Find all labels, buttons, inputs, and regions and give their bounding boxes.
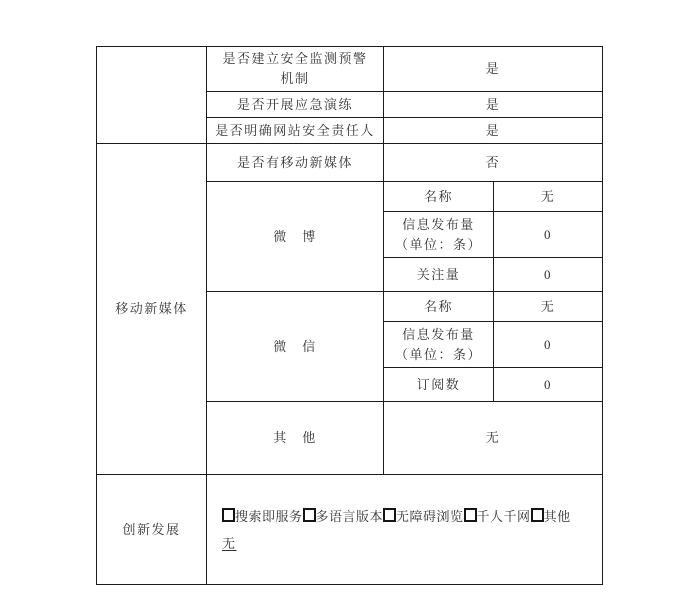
section-cell-mobile-media: 移动新媒体 (97, 144, 207, 475)
emergency-drill-value: 是 (384, 92, 603, 118)
table-row: 创新发展 搜索即服务多语言版本无障碍浏览千人千网其他 无 (97, 475, 603, 585)
other-media-value: 无 (384, 402, 603, 475)
other-media-label: 其 他 (207, 402, 384, 475)
section-cell-innovation: 创新发展 (97, 475, 207, 585)
option-qianren-qianwang: 千人千网 (477, 509, 531, 524)
has-mobile-media-label: 是否有移动新媒体 (207, 144, 384, 182)
emergency-drill-label: 是否开展应急演练 (207, 92, 384, 118)
table-row: 移动新媒体 是否有移动新媒体 否 (97, 144, 603, 182)
wechat-posts-label: 信息发布量 （单位：条） (384, 322, 494, 368)
has-mobile-media-value: 否 (384, 144, 603, 182)
weibo-posts-value: 0 (494, 212, 603, 258)
weibo-label: 微 博 (207, 182, 384, 292)
innovation-options-line: 搜索即服务多语言版本无障碍浏览千人千网其他 (222, 503, 596, 530)
checkbox-unchecked-icon (222, 508, 235, 522)
table-row: 是否建立安全监测预警 机制 是 (97, 47, 603, 92)
security-monitor-label: 是否建立安全监测预警 机制 (207, 47, 384, 92)
annual-report-table: 是否建立安全监测预警 机制 是 是否开展应急演练 是 是否明确网站安全责任人 是… (96, 46, 603, 585)
wechat-subscribers-value: 0 (494, 368, 603, 402)
checkbox-unchecked-icon (531, 508, 544, 522)
innovation-other-line: 无 (222, 530, 596, 557)
weibo-name-value: 无 (494, 182, 603, 212)
section-cell-empty (97, 47, 207, 144)
document-page: 是否建立安全监测预警 机制 是 是否开展应急演练 是 是否明确网站安全责任人 是… (0, 0, 679, 603)
option-other: 其他 (544, 509, 571, 524)
checkbox-unchecked-icon (303, 508, 316, 522)
security-monitor-value: 是 (384, 47, 603, 92)
security-owner-value: 是 (384, 118, 603, 144)
security-owner-label: 是否明确网站安全责任人 (207, 118, 384, 144)
wechat-subscribers-label: 订阅数 (384, 368, 494, 402)
wechat-name-value: 无 (494, 292, 603, 322)
innovation-other-value: 无 (222, 536, 237, 551)
weibo-name-label: 名称 (384, 182, 494, 212)
weibo-followers-value: 0 (494, 258, 603, 292)
checkbox-unchecked-icon (383, 508, 396, 522)
option-multilingual: 多语言版本 (316, 509, 384, 524)
weibo-posts-label: 信息发布量 （单位：条） (384, 212, 494, 258)
weibo-followers-label: 关注量 (384, 258, 494, 292)
wechat-label: 微 信 (207, 292, 384, 402)
option-search-as-service: 搜索即服务 (235, 509, 303, 524)
innovation-content: 搜索即服务多语言版本无障碍浏览千人千网其他 无 (207, 475, 603, 585)
option-accessibility: 无障碍浏览 (396, 509, 464, 524)
wechat-posts-value: 0 (494, 322, 603, 368)
checkbox-unchecked-icon (464, 508, 477, 522)
wechat-name-label: 名称 (384, 292, 494, 322)
